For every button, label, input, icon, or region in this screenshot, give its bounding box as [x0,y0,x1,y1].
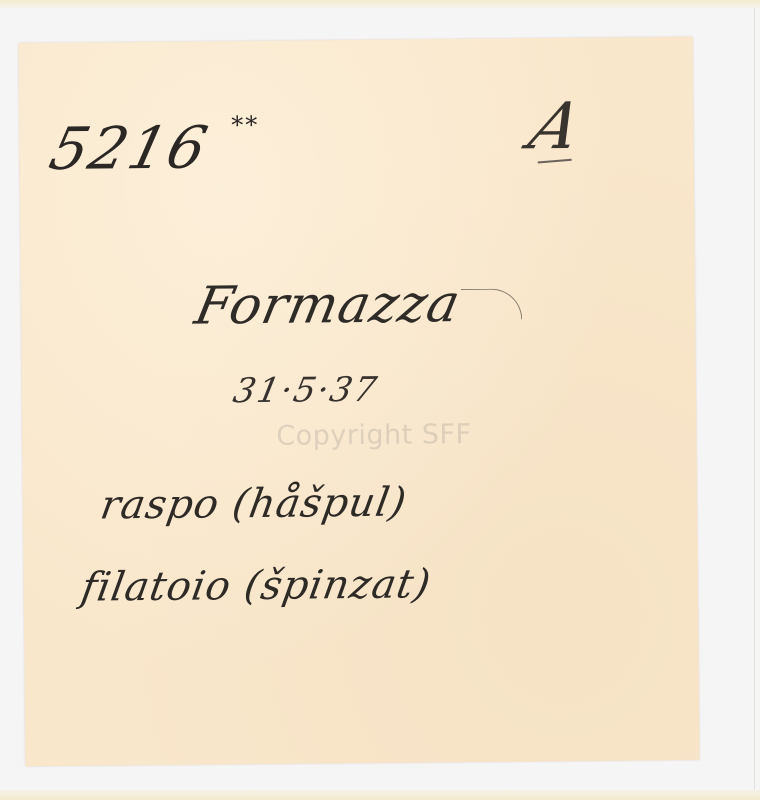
copyright-watermark: Copyright SFF [276,419,472,452]
scan-edge-top [0,0,760,8]
place-flourish [461,288,522,320]
scan-edge-right [754,8,755,790]
entry-line: filatoio (špinzat) [78,561,435,610]
date: 31·5·37 [230,370,382,411]
place-name: Formazza [190,274,466,337]
catalog-number: 5216 [43,113,215,183]
entry-line: raspo (håšpul) [97,480,410,529]
archival-card: 5216 ** A Formazza 31·5·37 raspo (håšpul… [19,37,700,766]
catalog-marks: ** [231,111,259,139]
section-letter: A [521,90,591,165]
scan-edge-bottom [0,790,760,800]
